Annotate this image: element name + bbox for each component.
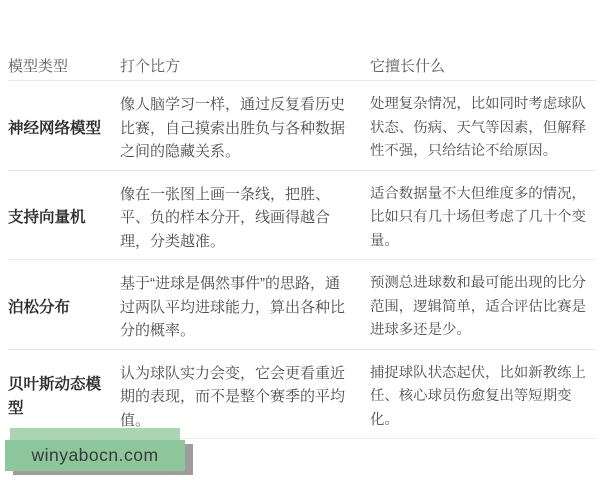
strength-cell: 适合数据量不大但维度多的情况， 比如只有几十场但考虑了几十个变 量。 [370,183,596,254]
page: 模型类型 打个比方 它擅长什么 神经网络模型 像人脑学习一样，通过反复看历史 比… [0,0,600,480]
column-header-strength: 它擅长什么 [370,55,596,80]
table-header-row: 模型类型 打个比方 它擅长什么 [8,44,596,81]
analogy-cell: 像在一张图上画一条线，把胜、 平、负的样本分开，线画得越合 理，分类越准。 [120,183,370,254]
analogy-cell: 像人脑学习一样，通过反复看历史 比赛，自己摸索出胜负与各种数据 之间的隐藏关系。 [120,93,370,164]
row-label: 支持向量机 [8,206,120,230]
model-comparison-table: 模型类型 打个比方 它擅长什么 神经网络模型 像人脑学习一样，通过反复看历史 比… [8,44,596,439]
column-header-analogy: 打个比方 [120,55,370,80]
analogy-cell: 基于“进球是偶然事件”的思路，通 过两队平均进球能力，算出各种比 分的概率。 [120,272,370,343]
row-label: 神经网络模型 [8,117,120,141]
strength-cell: 预测总进球数和最可能出现的比分 范围，逻辑简单，适合评估比赛是 进球多还是少。 [370,272,596,343]
table-row-neural-network: 神经网络模型 像人脑学习一样，通过反复看历史 比赛，自己摸索出胜负与各种数据 之… [8,81,596,171]
watermark-text: winyabocn.com [31,445,158,466]
row-label: 泊松分布 [8,296,120,320]
analogy-cell: 认为球队实力会变，它会更看重近 期的表现，而不是整个赛季的平均 值。 [120,362,370,433]
watermark: winyabocn.com [5,440,185,471]
table-row-poisson: 泊松分布 基于“进球是偶然事件”的思路，通 过两队平均进球能力，算出各种比 分的… [8,260,596,350]
row-label: 贝叶斯动态模 型 [8,373,120,420]
table-row-svm: 支持向量机 像在一张图上画一条线，把胜、 平、负的样本分开，线画得越合 理，分类… [8,171,596,261]
strength-cell: 处理复杂情况，比如同时考虑球队 状态、伤病、天气等因素，但解释 性不强，只给结论… [370,93,596,164]
table-row-bayesian-dynamic: 贝叶斯动态模 型 认为球队实力会变，它会更看重近 期的表现，而不是整个赛季的平均… [8,350,596,440]
column-header-model-type: 模型类型 [8,55,120,80]
strength-cell: 捕捉球队状态起伏，比如新教练上 任、核心球员伤愈复出等短期变 化。 [370,362,596,433]
